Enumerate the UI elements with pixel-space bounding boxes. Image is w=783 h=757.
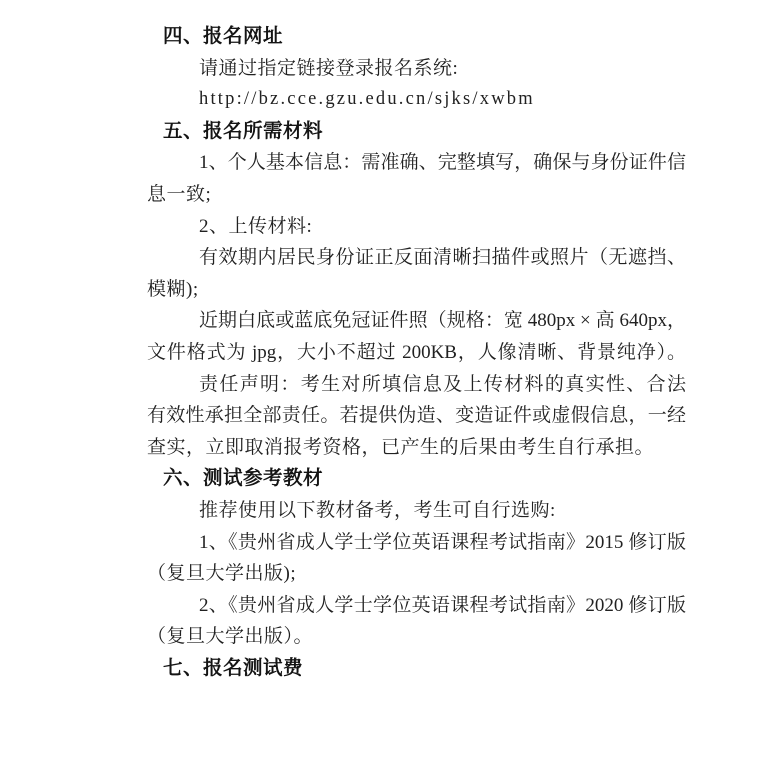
line-responsibility-statement-3: 查实，立即取消报考资格，已产生的后果由考生自行承担。 — [147, 432, 686, 464]
line-id-card-scan-1: 有效期内居民身份证正反面清晰扫描件或照片（无遮挡、无 — [147, 242, 686, 274]
document-body: 四、报名网址 请通过指定链接登录报名系统: http://bz.cce.gzu.… — [147, 21, 686, 684]
line-id-card-scan-2: 模糊); — [147, 274, 686, 306]
line-textbook-2015-1: 1、《贵州省成人学士学位英语课程考试指南》2015 修订版 — [147, 527, 686, 559]
line-login-instruction: 请通过指定链接登录报名系统: — [147, 53, 686, 85]
line-responsibility-statement-2: 有效性承担全部责任。若提供伪造、变造证件或虚假信息，一经 — [147, 400, 686, 432]
line-personal-info-2: 息一致; — [147, 179, 686, 211]
line-personal-info-1: 1、个人基本信息：需准确、完整填写，确保与身份证件信 — [147, 147, 686, 179]
heading-section-4-registration-url: 四、报名网址 — [147, 21, 686, 53]
heading-section-5-required-materials: 五、报名所需材料 — [147, 116, 686, 148]
line-upload-materials: 2、上传材料: — [147, 211, 686, 243]
line-textbook-2020-2: （复旦大学出版）。 — [147, 621, 686, 653]
heading-section-7-test-fee: 七、报名测试费 — [147, 653, 686, 685]
line-textbook-2015-2: （复旦大学出版); — [147, 558, 686, 590]
line-photo-spec-2: 文件格式为 jpg，大小不超过 200KB，人像清晰、背景纯净）。 — [147, 337, 686, 369]
line-responsibility-statement-1: 责任声明：考生对所填信息及上传材料的真实性、合法性、 — [147, 369, 686, 401]
line-registration-url: http://bz.cce.gzu.edu.cn/sjks/xwbm — [147, 84, 686, 116]
line-photo-spec-1: 近期白底或蓝底免冠证件照（规格：宽 480px × 高 640px， — [147, 305, 686, 337]
document-page: 四、报名网址 请通过指定链接登录报名系统: http://bz.cce.gzu.… — [0, 0, 783, 757]
line-textbook-2020-1: 2、《贵州省成人学士学位英语课程考试指南》2020 修订版 — [147, 590, 686, 622]
heading-section-6-reference-textbooks: 六、测试参考教材 — [147, 463, 686, 495]
line-textbook-intro: 推荐使用以下教材备考，考生可自行选购: — [147, 495, 686, 527]
